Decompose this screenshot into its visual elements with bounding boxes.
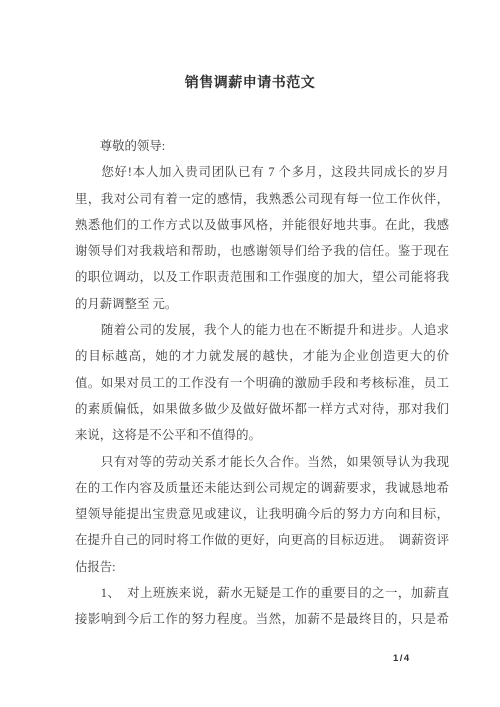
text-line: 尊敬的领导: — [75, 133, 449, 159]
text-line: 谢领导们对我栽培和帮助，也感谢领导们给予我的信任。鉴于现在 — [75, 238, 449, 264]
text-line: 值。如果对员工的工作没有一个明确的激励手段和考核标准，员工 — [75, 370, 449, 396]
text-line: 您好!本人加入贵司团队已有 7 个多月，这段共同成长的岁月 — [75, 159, 449, 185]
document-body: 尊敬的领导: 您好!本人加入贵司团队已有 7 个多月，这段共同成长的岁月里，我对… — [75, 133, 449, 633]
text-line: 接影响到今后工作的努力程度。当然，加薪不是最终目的，只是希 — [75, 606, 449, 632]
text-line: 估报告: — [75, 554, 449, 580]
text-line: 1、 对上班族来说，薪水无疑是工作的重要目的之一，加薪直 — [75, 580, 449, 606]
text-line: 的目标越高，她的才力就发展的越快，才能为企业创造更大的价 — [75, 343, 449, 369]
text-line: 只有对等的劳动关系才能长久合作。当然，如果领导认为我现 — [75, 449, 449, 475]
document-title: 销售调薪申请书范文 — [0, 0, 500, 97]
text-line: 在提升自己的同时将工作做的更好，向更高的目标迈进。 调薪资评 — [75, 527, 449, 553]
text-line: 来说，这将是不公平和不值得的。 — [75, 422, 449, 448]
text-line: 里，我对公司有着一定的感情，我熟悉公司现有每一位工作伙伴， — [75, 186, 449, 212]
page-number-indicator: 1/4 — [393, 653, 411, 664]
text-line: 望领导能提出宝贵意见或建议，让我明确今后的努力方向和目标， — [75, 501, 449, 527]
text-line: 的职位调动，以及工作职责范围和工作强度的加大，望公司能将我 — [75, 264, 449, 290]
document-page: 销售调薪申请书范文 尊敬的领导: 您好!本人加入贵司团队已有 7 个多月，这段共… — [0, 0, 500, 707]
text-line: 的素质偏低，如果做多做少及做好做坏都一样方式对待，那对我们 — [75, 396, 449, 422]
text-line: 熟悉他们的工作方式以及做事风格，并能很好地共事。在此，我感 — [75, 212, 449, 238]
text-line: 随着公司的发展，我个人的能力也在不断提升和进步。人追求 — [75, 317, 449, 343]
text-line: 的月薪调整至 元。 — [75, 291, 449, 317]
text-line: 在的工作内容及质量还未能达到公司规定的调薪要求，我诚恳地希 — [75, 475, 449, 501]
